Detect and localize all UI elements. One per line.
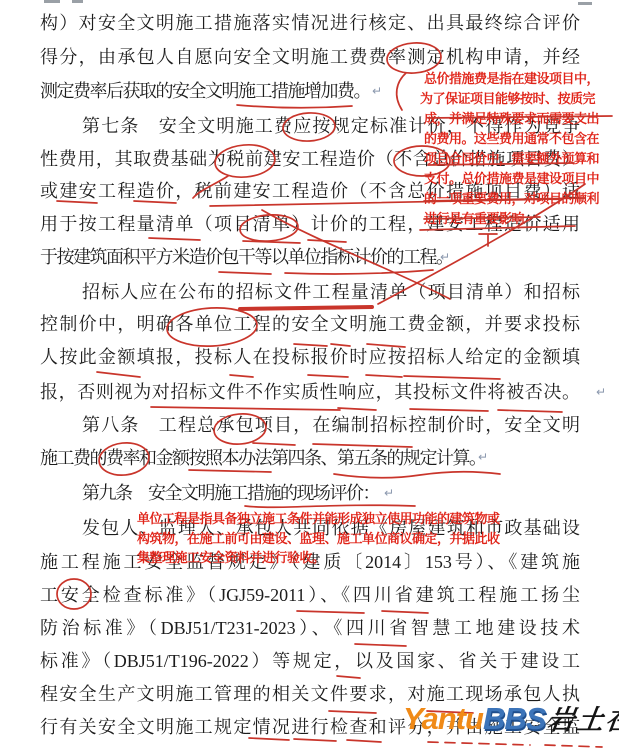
annotation-note-unit-project-line: 构筑物，在施工前可由建设、监理、施工单位商议确定，并据此收 <box>137 531 500 546</box>
page-edge-mark <box>578 2 592 5</box>
body-line: 工安全检查标准》（JGJ59-2011）、《四川省建筑工程施工扬尘 <box>40 584 580 606</box>
paragraph-mark: ↵ <box>372 84 382 98</box>
watermark-logo: YantuBBS岩土在线 <box>403 698 619 737</box>
body-line: 报，否则视为对招标文件不作实质性响应，其投标文件将被否决。 <box>40 381 580 403</box>
annotation-note-total-price-line: 总价措施费是指在建设项目中， <box>424 71 599 86</box>
page-edge-mark <box>44 0 60 3</box>
document-page: 构）对安全文明施工措施落实情况进行核定、出具最终综合评价 得分，由承包人自愿向安… <box>0 0 619 751</box>
body-line: 得分，由承包人自愿向安全文明施工费费率测定机构申请，并经 <box>40 46 580 68</box>
annotation-note-total-price-line: 的一项重要费用，对项目的顺利 <box>424 191 599 206</box>
body-line: 施工费的费率和金额按照本办法第四条、第五条的规定计算。 <box>40 447 580 469</box>
watermark-cn-text: 岩土在线 <box>546 698 619 737</box>
body-line: 人按此金额填报，投标人在投标报价时应按招标人给定的金额填 <box>40 346 580 368</box>
body-line: 招标人应在公布的招标文件工程量清单（项目清单）和招标 <box>82 281 580 303</box>
annotation-note-total-price-line: 为了保证项目能够按时、按质完 <box>420 91 595 106</box>
paragraph-mark: ↵ <box>384 486 394 500</box>
annotation-note-unit-project-line: 集整理施工安全资料并进行验收。 <box>137 550 325 565</box>
page-edge-mark <box>72 0 83 3</box>
body-line-section-8: 第八条 工程总承包项目，在编制招标控制价时，安全文明 <box>82 414 580 436</box>
annotation-note-unit-project-line: 单位工程是指具备独立施工条件并能形成独立使用功能的建筑物或 <box>137 511 500 526</box>
paragraph-mark: ↵ <box>440 250 450 264</box>
paragraph-mark: ↵ <box>596 385 606 399</box>
annotation-note-total-price-line: 的费用。这些费用通常不包含在 <box>424 131 599 146</box>
body-line: 控制价中，明确各单位工程的安全文明施工费金额，并要求投标 <box>40 313 580 335</box>
annotation-note-total-price-line: 成，并满足特殊要求而需要支出 <box>424 111 599 126</box>
annotation-note-total-price-line: 进行是有重要影响 <box>424 211 524 226</box>
annotation-note-total-price-line: 项目合同价中，需要额外预算和 <box>424 151 599 166</box>
body-line-section-9: 第九条 安全文明施工措施的现场评价： <box>82 482 580 504</box>
paragraph-mark: ↵ <box>478 450 488 464</box>
body-line: 构）对安全文明施工措施落实情况进行核定、出具最终综合评价 <box>40 12 580 34</box>
watermark-bbs-text: BBS <box>483 701 545 736</box>
body-line: 标准》（DBJ51/T196-2022）等规定，以及国家、省关于建设工 <box>40 650 580 672</box>
annotation-note-total-price-line: 支付。总价措施费是建设项目中 <box>424 171 599 186</box>
watermark-yantu-text: Yantu <box>403 701 483 736</box>
body-line: 于按建筑面积平方米造价包干等以单位指标计价的工程。 <box>40 246 580 268</box>
body-line: 防治标准》（DBJ51/T231-2023）、《四川省智慧工地建设技术 <box>40 617 580 639</box>
